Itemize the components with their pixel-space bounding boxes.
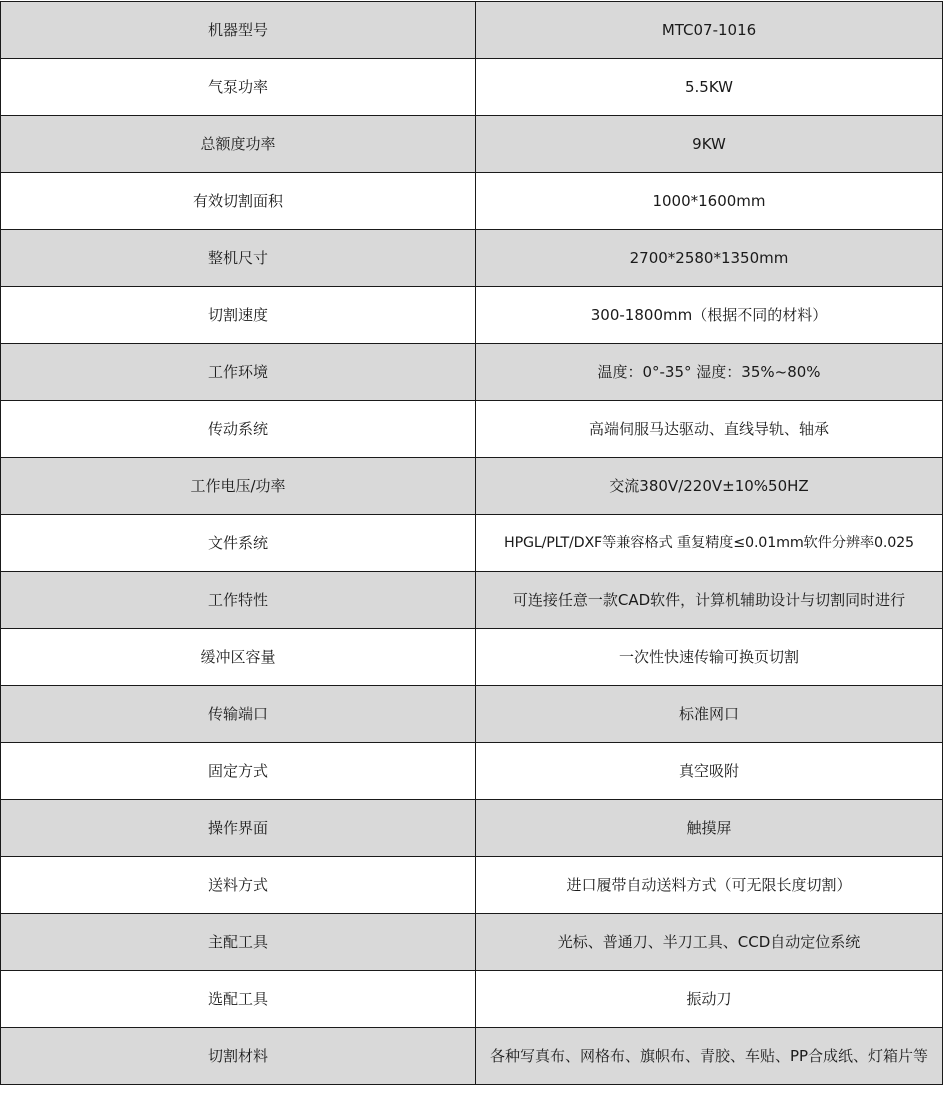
spec-label: 气泵功率 (1, 59, 476, 116)
spec-row-voltage: 工作电压/功率 交流380V/220V±10%50HZ (1, 458, 943, 515)
spec-label: 有效切割面积 (1, 173, 476, 230)
spec-label: 固定方式 (1, 743, 476, 800)
spec-label: 切割材料 (1, 1028, 476, 1085)
spec-value: 交流380V/220V±10%50HZ (476, 458, 943, 515)
spec-row-total-power: 总额度功率 9KW (1, 116, 943, 173)
spec-value: 5.5KW (476, 59, 943, 116)
spec-value: 高端伺服马达驱动、直线导轨、轴承 (476, 401, 943, 458)
spec-label: 工作特性 (1, 572, 476, 629)
spec-row-feeding: 送料方式 进口履带自动送料方式（可无限长度切割） (1, 857, 943, 914)
spec-row-materials: 切割材料 各种写真布、网格布、旗帜布、青胶、车贴、PP合成纸、灯箱片等 (1, 1028, 943, 1085)
spec-row-file-system: 文件系统 HPGL/PLT/DXF等兼容格式 重复精度≤0.01mm软件分辨率0… (1, 515, 943, 572)
spec-row-cutting-speed: 切割速度 300-1800mm（根据不同的材料） (1, 287, 943, 344)
spec-value: 2700*2580*1350mm (476, 230, 943, 287)
spec-row-dimensions: 整机尺寸 2700*2580*1350mm (1, 230, 943, 287)
spec-row-fixing: 固定方式 真空吸附 (1, 743, 943, 800)
spec-value: 1000*1600mm (476, 173, 943, 230)
spec-value: 真空吸附 (476, 743, 943, 800)
spec-label: 操作界面 (1, 800, 476, 857)
spec-row-environment: 工作环境 温度：0°-35° 湿度：35%~80% (1, 344, 943, 401)
spec-table: 机器型号 MTC07-1016 气泵功率 5.5KW 总额度功率 9KW 有效切… (0, 1, 943, 1085)
spec-label: 机器型号 (1, 2, 476, 59)
spec-label: 缓冲区容量 (1, 629, 476, 686)
spec-value: 进口履带自动送料方式（可无限长度切割） (476, 857, 943, 914)
spec-label: 文件系统 (1, 515, 476, 572)
spec-value: 振动刀 (476, 971, 943, 1028)
spec-value: HPGL/PLT/DXF等兼容格式 重复精度≤0.01mm软件分辨率0.025 (476, 515, 943, 572)
spec-label: 工作环境 (1, 344, 476, 401)
spec-row-model: 机器型号 MTC07-1016 (1, 2, 943, 59)
spec-row-interface: 操作界面 触摸屏 (1, 800, 943, 857)
spec-row-main-tools: 主配工具 光标、普通刀、半刀工具、CCD自动定位系统 (1, 914, 943, 971)
spec-row-port: 传输端口 标准网口 (1, 686, 943, 743)
spec-label: 主配工具 (1, 914, 476, 971)
spec-row-optional-tools: 选配工具 振动刀 (1, 971, 943, 1028)
spec-row-cutting-area: 有效切割面积 1000*1600mm (1, 173, 943, 230)
spec-row-pump-power: 气泵功率 5.5KW (1, 59, 943, 116)
spec-row-features: 工作特性 可连接任意一款CAD软件，计算机辅助设计与切割同时进行 (1, 572, 943, 629)
spec-label: 总额度功率 (1, 116, 476, 173)
spec-value: 温度：0°-35° 湿度：35%~80% (476, 344, 943, 401)
spec-row-buffer: 缓冲区容量 一次性快速传输可换页切割 (1, 629, 943, 686)
spec-label: 传输端口 (1, 686, 476, 743)
spec-label: 传动系统 (1, 401, 476, 458)
spec-value: 300-1800mm（根据不同的材料） (476, 287, 943, 344)
spec-value: 可连接任意一款CAD软件，计算机辅助设计与切割同时进行 (476, 572, 943, 629)
spec-value: 触摸屏 (476, 800, 943, 857)
spec-row-drive-system: 传动系统 高端伺服马达驱动、直线导轨、轴承 (1, 401, 943, 458)
spec-value: 标准网口 (476, 686, 943, 743)
spec-value: 各种写真布、网格布、旗帜布、青胶、车贴、PP合成纸、灯箱片等 (476, 1028, 943, 1085)
spec-label: 选配工具 (1, 971, 476, 1028)
spec-label: 送料方式 (1, 857, 476, 914)
spec-label: 切割速度 (1, 287, 476, 344)
spec-label: 工作电压/功率 (1, 458, 476, 515)
spec-label: 整机尺寸 (1, 230, 476, 287)
spec-value: 一次性快速传输可换页切割 (476, 629, 943, 686)
spec-value: 9KW (476, 116, 943, 173)
spec-value: 光标、普通刀、半刀工具、CCD自动定位系统 (476, 914, 943, 971)
spec-value: MTC07-1016 (476, 2, 943, 59)
